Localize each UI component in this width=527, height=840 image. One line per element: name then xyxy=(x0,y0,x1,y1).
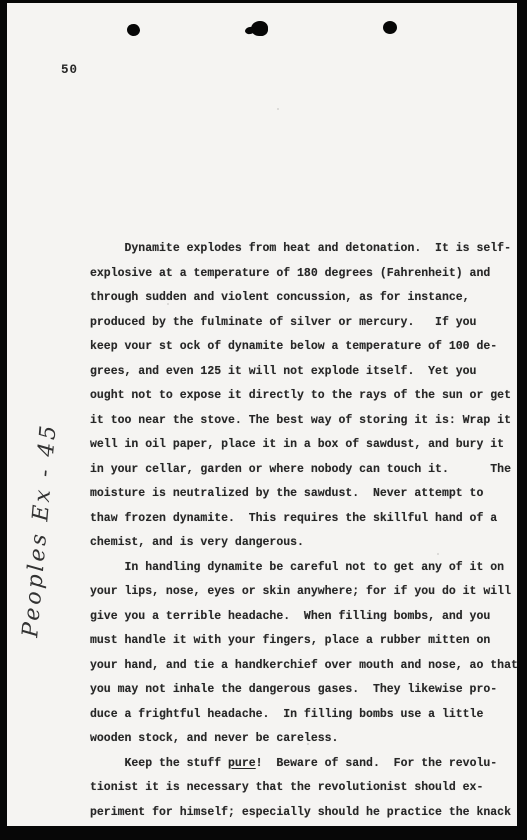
text-segment: well in oil paper, place it in a box of … xyxy=(90,438,504,451)
text-segment: duce a frightful headache. In filling bo… xyxy=(90,708,483,721)
text-segment: periment for himself; especially should … xyxy=(90,806,511,819)
text-segment: produced by the fulminate of silver or m… xyxy=(90,316,476,329)
margin-note-handwritten: Peoples Ex - 45 xyxy=(18,422,62,639)
text-segment: ! Beware of sand. For the revolu- xyxy=(256,757,498,770)
typed-line: produced by the fulminate of silver or m… xyxy=(90,311,518,336)
text-segment: moisture is neutralized by the sawdust. … xyxy=(90,487,483,500)
page-number: 50 xyxy=(61,63,78,77)
ink-blot-icon xyxy=(383,21,397,34)
typed-line: give you a terrible headache. When filli… xyxy=(90,605,518,630)
typed-line: through sudden and violent concussion, a… xyxy=(90,286,518,311)
text-segment: In handling dynamite be careful not to g… xyxy=(90,561,504,574)
typed-line: your hand, and tie a handkerchief over m… xyxy=(90,654,518,679)
text-segment: your lips, nose, eyes or skin anywhere; … xyxy=(90,585,511,598)
typewritten-text: Dynamite explodes from heat and detonati… xyxy=(90,237,518,825)
scanned-page: 50 Peoples Ex - 45 Dynamite explodes fro… xyxy=(7,3,517,826)
typed-line: thaw frozen dynamite. This requires the … xyxy=(90,507,518,532)
typed-line: in your cellar, garden or where nobody c… xyxy=(90,458,518,483)
text-segment: Dynamite explodes from heat and detonati… xyxy=(90,242,511,255)
typed-line: your lips, nose, eyes or skin anywhere; … xyxy=(90,580,518,605)
text-segment: explosive at a temperature of 180 degree… xyxy=(90,267,490,280)
text-segment: Keep the stuff xyxy=(90,757,228,770)
typed-line: must handle it with your fingers, place … xyxy=(90,629,518,654)
typed-line: wooden stock, and never be careless. xyxy=(90,727,518,752)
typed-line: keep vour st ock of dynamite below a tem… xyxy=(90,335,518,360)
text-segment: you may not inhale the dangerous gases. … xyxy=(90,683,497,696)
typed-line: it too near the stove. The best way of s… xyxy=(90,409,518,434)
typed-line: Keep the stuff pure! Beware of sand. For… xyxy=(90,752,518,777)
text-segment: your hand, and tie a handkerchief over m… xyxy=(90,659,518,672)
typed-line: you may not inhale the dangerous gases. … xyxy=(90,678,518,703)
typed-line: Dynamite explodes from heat and detonati… xyxy=(90,237,518,262)
text-segment: chemist, and is very dangerous. xyxy=(90,536,304,549)
typed-line: moisture is neutralized by the sawdust. … xyxy=(90,482,518,507)
typed-line: ought not to expose it directly to the r… xyxy=(90,384,518,409)
typed-line: grees, and even 125 it will not explode … xyxy=(90,360,518,385)
text-segment: must handle it with your fingers, place … xyxy=(90,634,490,647)
text-segment: ought not to expose it directly to the r… xyxy=(90,389,511,402)
text-segment: thaw frozen dynamite. This requires the … xyxy=(90,512,497,525)
underlined-word: pure xyxy=(228,757,256,770)
typed-line: In handling dynamite be careful not to g… xyxy=(90,556,518,581)
typed-line: chemist, and is very dangerous. xyxy=(90,531,518,556)
text-segment: give you a terrible headache. When filli… xyxy=(90,610,490,623)
text-segment: keep vour st ock of dynamite below a tem… xyxy=(90,340,497,353)
text-segment: grees, and even 125 it will not explode … xyxy=(90,365,476,378)
text-segment: in your cellar, garden or where nobody c… xyxy=(90,463,511,476)
paper-speck xyxy=(277,108,279,110)
typed-line: well in oil paper, place it in a box of … xyxy=(90,433,518,458)
text-segment: through sudden and violent concussion, a… xyxy=(90,291,470,304)
typed-line: tionist it is necessary that the revolut… xyxy=(90,776,518,801)
typed-line: explosive at a temperature of 180 degree… xyxy=(90,262,518,287)
text-segment: wooden stock, and never be careless. xyxy=(90,732,338,745)
typed-line: duce a frightful headache. In filling bo… xyxy=(90,703,518,728)
text-segment: it too near the stove. The best way of s… xyxy=(90,414,511,427)
ink-blot-icon xyxy=(126,23,141,37)
text-segment: tionist it is necessary that the revolut… xyxy=(90,781,483,794)
typed-line: periment for himself; especially should … xyxy=(90,801,518,826)
